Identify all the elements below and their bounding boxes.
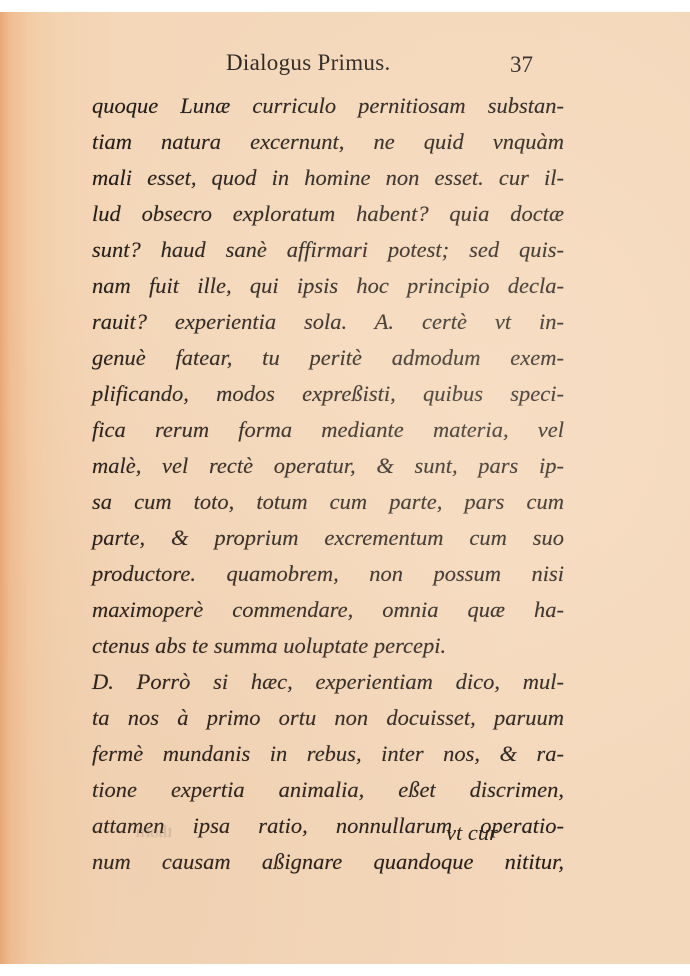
text-line: rauit? experientia sola. A. certè vt in- [92, 304, 564, 340]
body-text: quoque Lunæ curriculo pernitiosam substa… [92, 88, 564, 880]
text-line: plificando, modos expreßisti, quibus spe… [92, 376, 564, 412]
text-line: nam fuit ille, qui ipsis hoc principio d… [92, 268, 564, 304]
book-page: Dialogus Primus. 37 quoque Lunæ curricul… [0, 12, 690, 964]
bleed-through-text: thorn [136, 822, 172, 842]
running-title: Dialogus Primus. [226, 50, 391, 76]
text-line: maximoperè commendare, omnia quæ ha- [92, 592, 564, 628]
text-line: genuè fatear, tu peritè admodum exem- [92, 340, 564, 376]
text-line: fica rerum forma mediante materia, vel [92, 412, 564, 448]
text-line: sa cum toto, totum cum parte, pars cum [92, 484, 564, 520]
text-line: fermè mundanis in rebus, inter nos, & ra… [92, 736, 564, 772]
text-line: tiam natura excernunt, ne quid vnquàm [92, 124, 564, 160]
text-line: ctenus abs te summa uoluptate percepi. [92, 628, 564, 664]
text-line: tione expertia animalia, eßet discrimen, [92, 772, 564, 808]
text-line: num causam aßignare quandoque nititur, [92, 844, 564, 880]
text-line: quoque Lunæ curriculo pernitiosam substa… [92, 88, 564, 124]
text-line: sunt? haud sanè affirmari potest; sed qu… [92, 232, 564, 268]
text-line: lud obsecro exploratum habent? quia doct… [92, 196, 564, 232]
text-line: productore. quamobrem, non possum nisi [92, 556, 564, 592]
text-line: parte, & proprium excrementum cum suo [92, 520, 564, 556]
text-line: mali esset, quod in homine non esset. cu… [92, 160, 564, 196]
text-line: D. Porrò si hæc, experientiam dico, mul- [92, 664, 564, 700]
running-head: Dialogus Primus. 37 [0, 50, 690, 84]
page-number: 37 [510, 52, 533, 78]
text-line: malè, vel rectè operatur, & sunt, pars i… [92, 448, 564, 484]
catchword: vt cur [446, 820, 498, 846]
text-line: ta nos à primo ortu non docuisset, paruu… [92, 700, 564, 736]
